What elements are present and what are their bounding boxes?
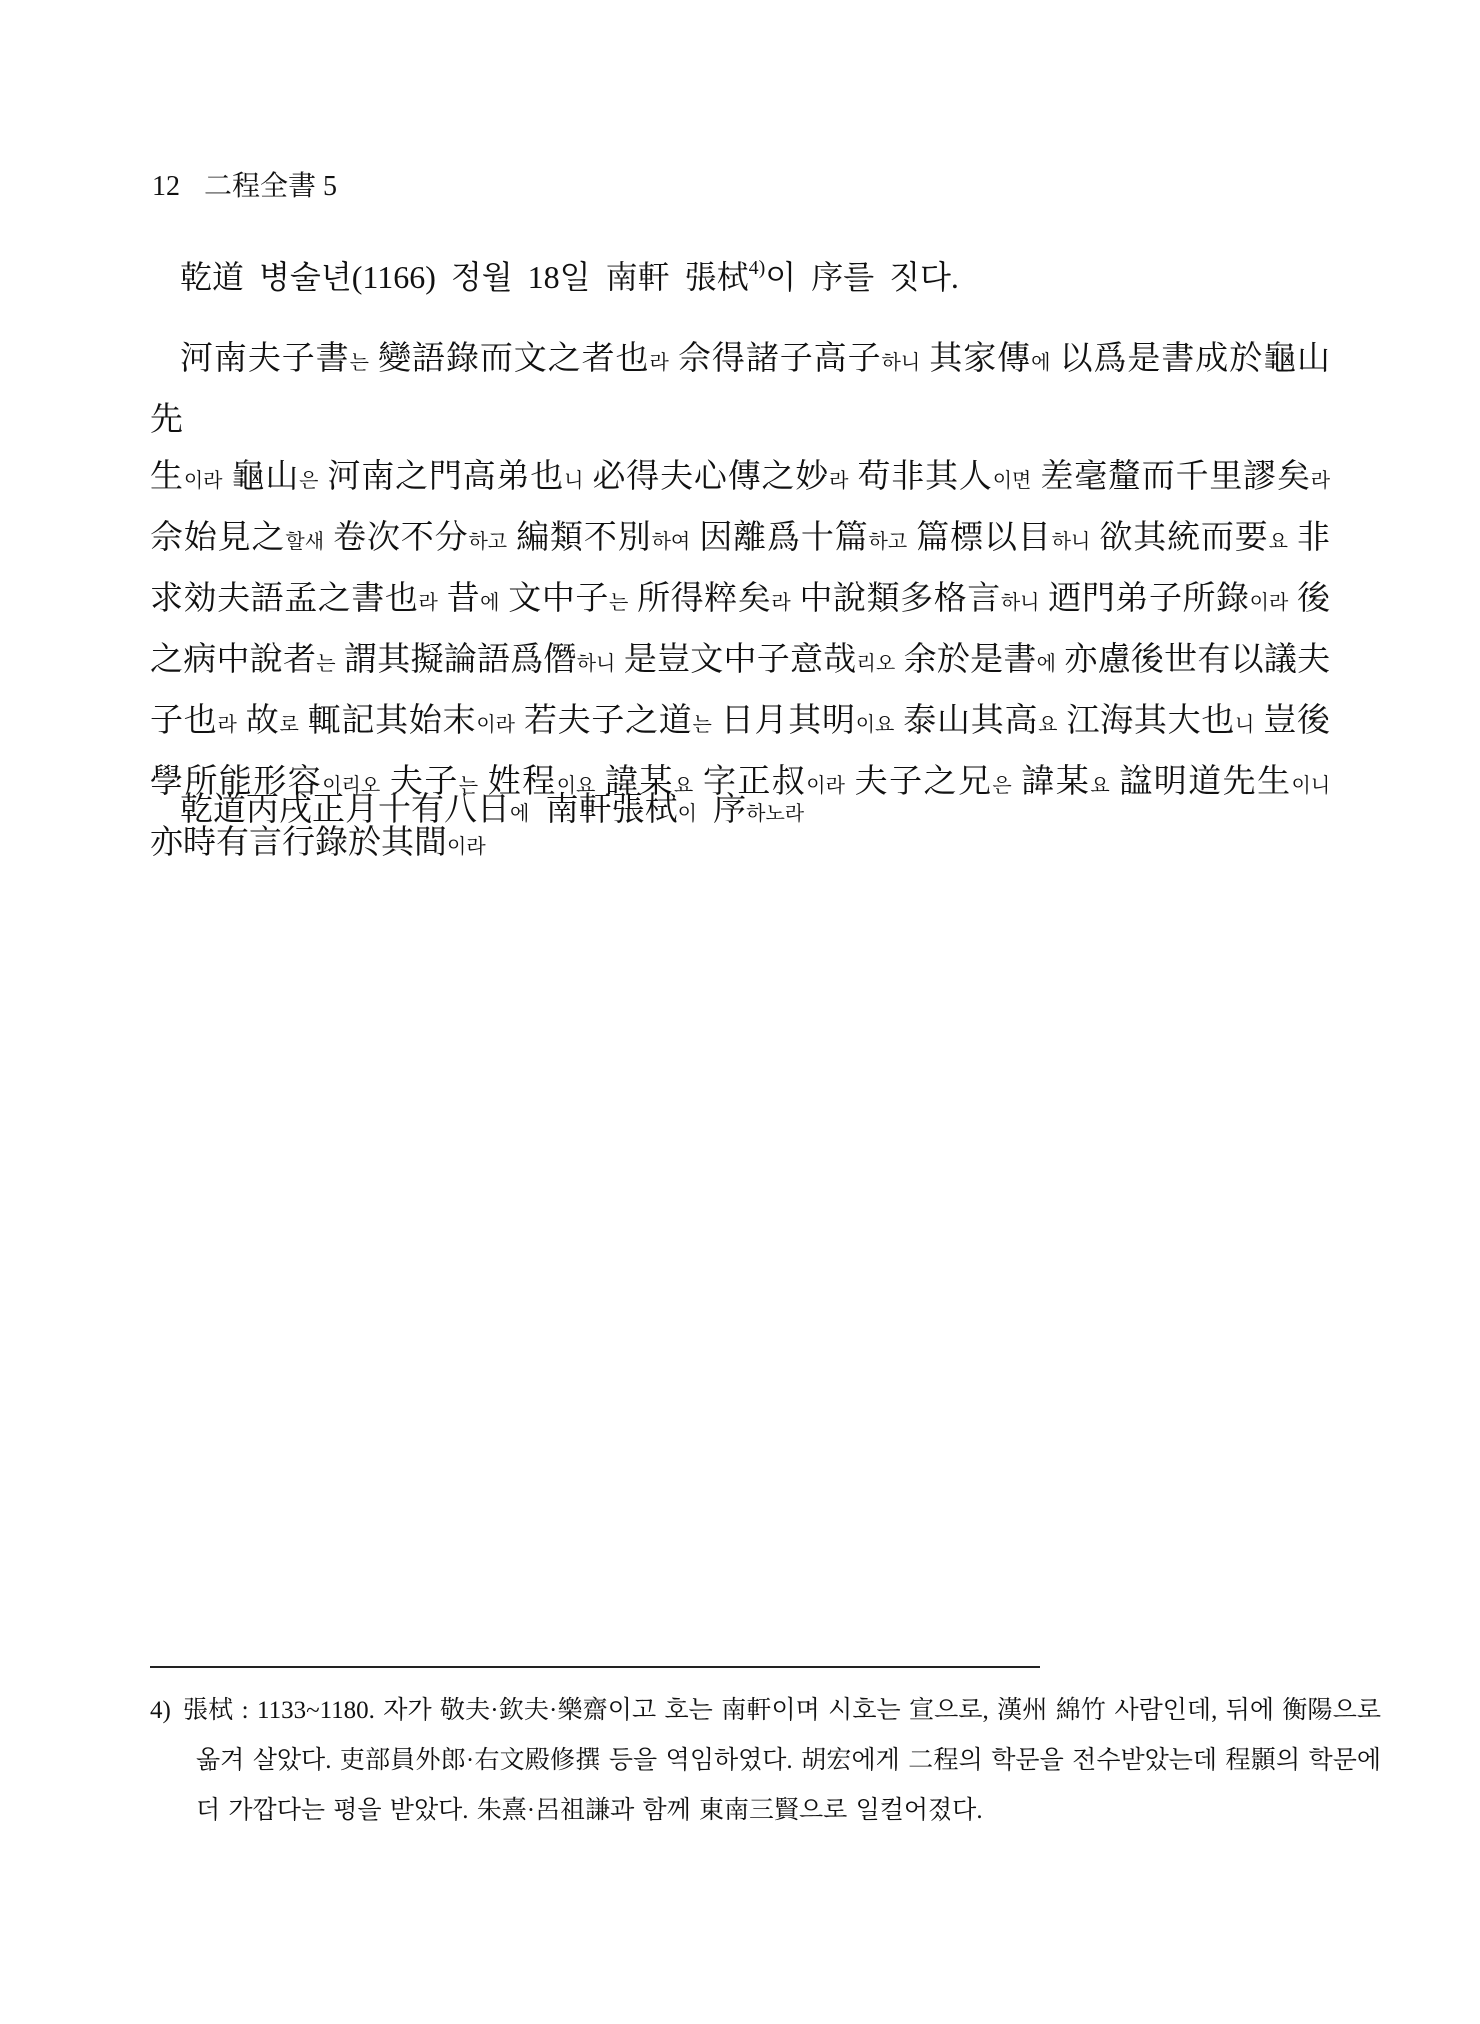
hanja-text: 佘始見之 <box>150 520 285 556</box>
footnote-reference: 4) <box>749 257 766 279</box>
hanja-text: 編類不別 <box>516 520 651 556</box>
gugyeol-particle: 이라 <box>184 470 223 492</box>
gugyeol-particle: 라 <box>771 592 790 614</box>
hanja-text: 後 <box>1297 581 1330 617</box>
hanja-text: 篇標以目 <box>916 520 1051 556</box>
gugyeol-particle: 하노라 <box>746 803 804 825</box>
gugyeol-particle: 하니 <box>577 653 616 675</box>
hanja-text: 之病中說者 <box>150 642 316 678</box>
gugyeol-particle: 하니 <box>1001 592 1040 614</box>
gugyeol-particle: 요 <box>1269 531 1288 553</box>
hanja-text: 河南夫子書 <box>180 341 350 377</box>
hanja-text: 河南之門高弟也 <box>328 459 565 495</box>
gugyeol-particle: 이라 <box>476 714 515 736</box>
hanja-text: 苟非其人 <box>857 459 992 495</box>
body-line: 佘始見之할새 卷次不分하고 編類不別하여 因離爲十篇하고 篇標以目하니 欲其統而… <box>150 510 1330 571</box>
page-header: 12二程全書 5 <box>152 170 337 204</box>
gugyeol-particle: 이면 <box>993 470 1032 492</box>
footnote-divider <box>150 1666 1040 1668</box>
hanja-text: 昔 <box>447 581 481 617</box>
hanja-text: 余於是書 <box>904 642 1037 678</box>
gugyeol-particle: 니 <box>564 470 583 492</box>
hanja-text: 文中子 <box>508 581 609 617</box>
gugyeol-particle: 라 <box>649 352 668 374</box>
hanja-text: 卷次不分 <box>333 520 468 556</box>
gugyeol-particle: 요 <box>1038 714 1057 736</box>
gugyeol-particle: 라 <box>418 592 437 614</box>
body-line: 生이라 龜山은 河南之門高弟也니 必得夫心傳之妙라 苟非其人이면 差毫釐而千里謬… <box>150 449 1330 510</box>
gugyeol-particle: 라 <box>217 714 236 736</box>
body-line: 之病中說者는 謂其擬論語爲僭하니 是豈文中子意哉리오 余於是書에 亦慮後世有以議… <box>150 632 1330 693</box>
footnote-text: 張栻 : 1133~1180. 자가 敬夫·欽夫·樂齋이고 호는 南軒이며 시호… <box>183 1697 1381 1824</box>
gugyeol-particle: 리오 <box>857 653 896 675</box>
body-line: 子也라 故로 輒記其始末이라 若夫子之道는 日月其明이요 泰山其高요 江海其大也… <box>150 693 1330 754</box>
hanja-text: 輒記其始末 <box>308 703 477 739</box>
hanja-text: 南軒張栻 <box>546 792 678 828</box>
gugyeol-particle: 하고 <box>468 531 507 553</box>
hanja-text: 豈後 <box>1263 703 1330 739</box>
gugyeol-particle: 라 <box>1311 470 1330 492</box>
gugyeol-particle: 에 <box>480 592 499 614</box>
date-line: 乾道丙戌正月十有八日에 南軒張栻이 序하노라 <box>150 782 1330 843</box>
hanja-text: 迺門弟子所錄 <box>1048 581 1249 617</box>
hanja-text: 乾道丙戌正月十有八日 <box>180 792 510 828</box>
gugyeol-particle: 에 <box>1031 352 1050 374</box>
gugyeol-particle: 하니 <box>882 352 921 374</box>
hanja-text: 中說類多格言 <box>799 581 1000 617</box>
gugyeol-particle: 할새 <box>285 531 324 553</box>
gugyeol-particle: 로 <box>279 714 298 736</box>
hanja-text: 亦慮後世有以議夫 <box>1064 642 1330 678</box>
hanja-text: 因離爲十篇 <box>699 520 868 556</box>
gugyeol-particle: 에 <box>1037 653 1056 675</box>
gugyeol-particle: 는 <box>693 714 712 736</box>
body-line: 求効夫語孟之書也라 昔에 文中子는 所得粹矣라 中說類多格言하니 迺門弟子所錄이… <box>150 571 1330 632</box>
body-line: 河南夫子書는 變語錄而文之者也라 佘得諸子高子하니 其家傳에 以爲是書成於龜山先 <box>150 331 1330 449</box>
hanja-text: 謂其擬論語爲僭 <box>344 642 577 678</box>
gugyeol-particle: 이 <box>678 803 697 825</box>
hanja-text: 子也 <box>150 703 217 739</box>
hanja-text: 是豈文中子意哉 <box>624 642 857 678</box>
hanja-text: 所得粹矣 <box>637 581 771 617</box>
intro-text-after: 이 序를 짓다. <box>765 259 959 295</box>
hanja-text: 生 <box>150 459 184 495</box>
hanja-text: 差毫釐而千里謬矣 <box>1040 459 1310 495</box>
gugyeol-particle: 니 <box>1235 714 1254 736</box>
page-number: 12 <box>152 171 180 202</box>
gugyeol-particle: 는 <box>350 352 369 374</box>
gugyeol-particle: 이요 <box>856 714 895 736</box>
hanja-text: 欲其統而要 <box>1099 520 1268 556</box>
hanja-text: 江海其大也 <box>1066 703 1235 739</box>
intro-paragraph: 乾道 병술년(1166) 정월 18일 南軒 張栻4)이 序를 짓다. <box>150 243 1330 302</box>
gugyeol-particle: 는 <box>316 653 335 675</box>
gugyeol-particle: 에 <box>510 803 529 825</box>
book-title: 二程全書 5 <box>204 171 337 202</box>
hanja-text: 非 <box>1297 520 1330 556</box>
hanja-text: 若夫子之道 <box>524 703 693 739</box>
gugyeol-particle: 하고 <box>869 531 908 553</box>
intro-text-before: 乾道 병술년(1166) 정월 18일 南軒 張栻 <box>180 259 749 295</box>
hanja-text: 必得夫心傳之妙 <box>593 459 830 495</box>
hanja-text: 龜山 <box>232 459 300 495</box>
document-page: 12二程全書 5 乾道 병술년(1166) 정월 18일 南軒 張栻4)이 序를… <box>0 0 1480 2024</box>
hanja-text: 日月其明 <box>721 703 856 739</box>
hanja-text: 其家傳 <box>929 341 1031 377</box>
footnote-marker: 4) <box>150 1697 171 1724</box>
gugyeol-particle: 하여 <box>652 531 691 553</box>
hanja-text: 故 <box>246 703 280 739</box>
gugyeol-particle: 이라 <box>1250 592 1289 614</box>
footnote: 4)張栻 : 1133~1180. 자가 敬夫·欽夫·樂齋이고 호는 南軒이며 … <box>150 1686 1381 1836</box>
gugyeol-particle: 라 <box>829 470 848 492</box>
gugyeol-particle: 하니 <box>1052 531 1091 553</box>
hanja-text: 泰山其高 <box>903 703 1038 739</box>
gugyeol-particle: 는 <box>609 592 628 614</box>
hanja-text: 序 <box>713 792 746 828</box>
hanja-text: 佘得諸子高子 <box>678 341 882 377</box>
gugyeol-particle: 은 <box>299 470 318 492</box>
hanja-text: 變語錄而文之者也 <box>378 341 649 377</box>
hanja-text: 求効夫語孟之書也 <box>150 581 418 617</box>
